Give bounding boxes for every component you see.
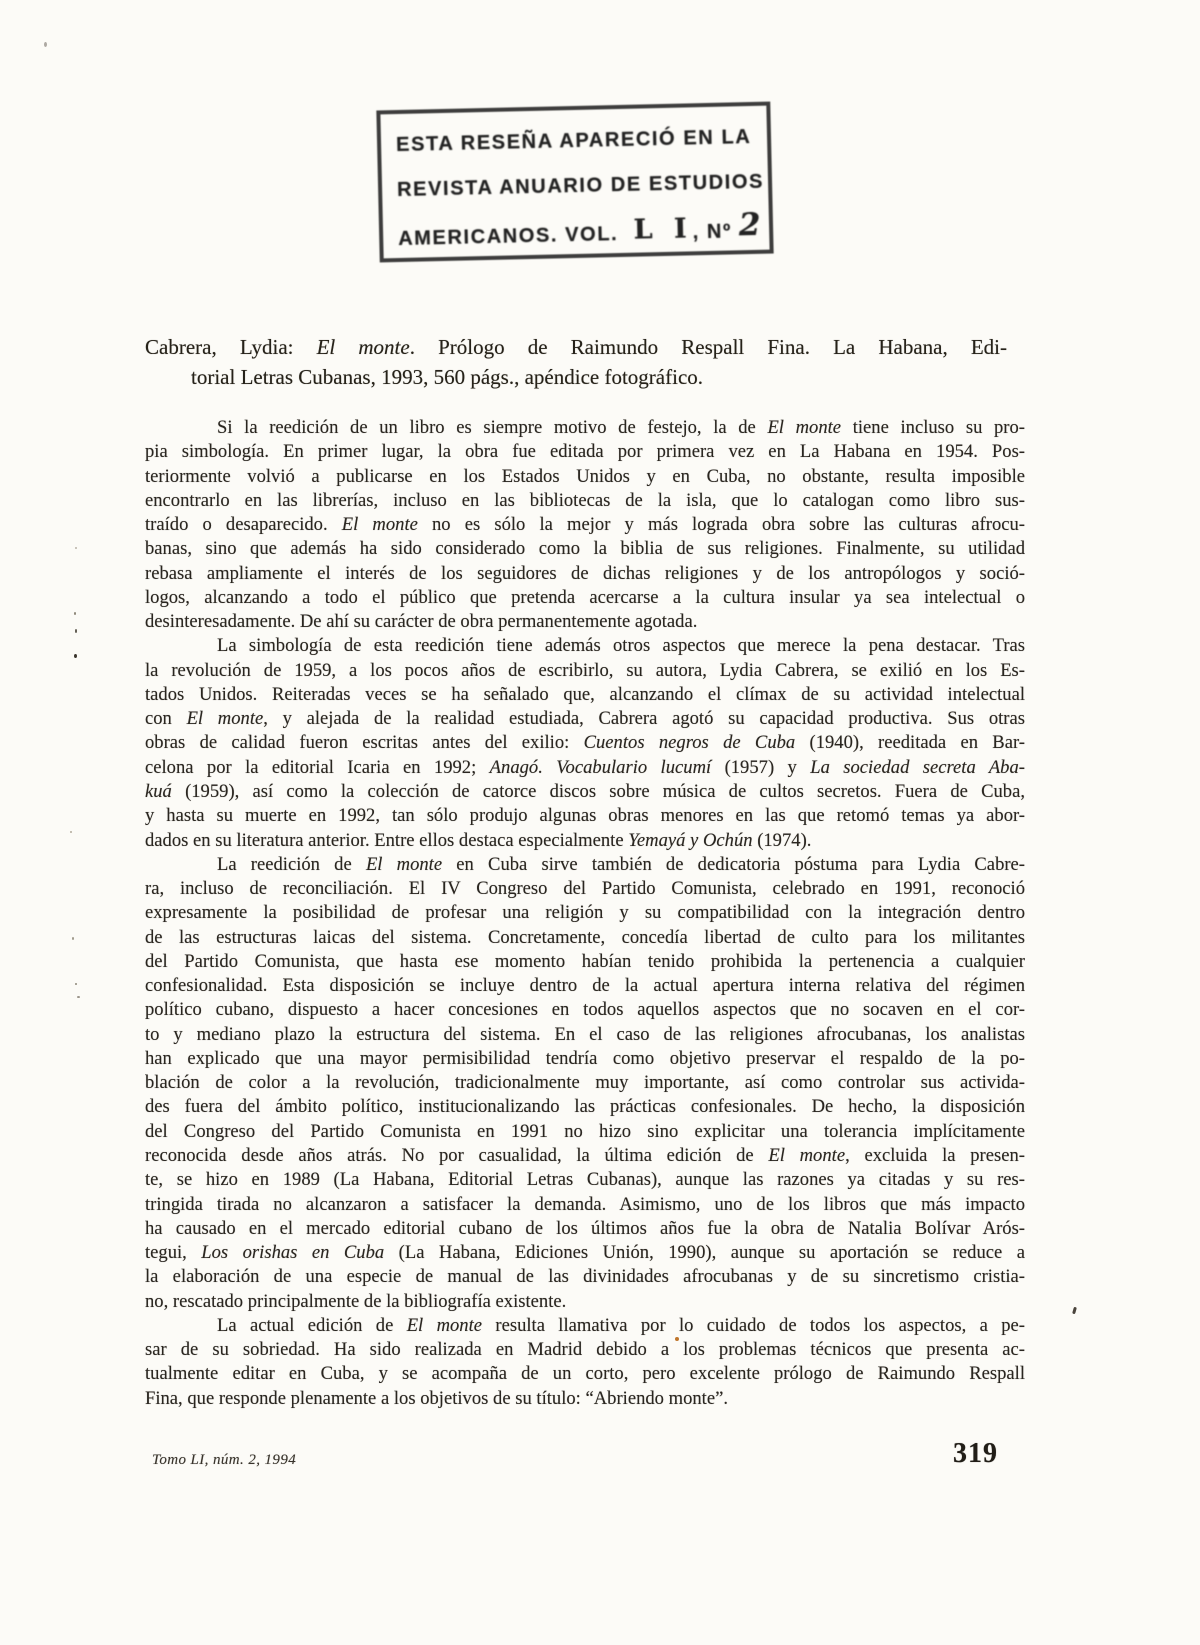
- text-line: blación de color a la revolución, tradic…: [145, 1071, 1025, 1095]
- text-segment: obras de calidad fueron escritas antes d…: [145, 732, 584, 753]
- text-segment: des fuera del ámbito político, instituci…: [145, 1096, 1025, 1117]
- text-line: de las estructuras laicas del sistema. C…: [145, 926, 1025, 950]
- text-segment: La reedición de: [217, 854, 366, 875]
- library-stamp: ESTA RESEÑA APARECIÓ EN LA REVISTA ANUAR…: [376, 102, 773, 263]
- text-line: sar de su sobriedad. Ha sido realizada e…: [145, 1338, 1025, 1362]
- italic-title: El monte: [768, 1145, 845, 1166]
- text-segment: tualmente editar en Cuba, y se acompaña …: [145, 1363, 1025, 1384]
- text-segment: político cubano, dispuesto a hacer conce…: [145, 999, 1025, 1020]
- text-segment: (La Habana, Ediciones Unión, 1990), aunq…: [384, 1242, 1025, 1263]
- italic-title: Cuentos negros de Cuba: [584, 732, 796, 753]
- text-line: Fina, que responde plenamente a los obje…: [145, 1387, 1025, 1411]
- text-segment: Si la reedición de un libro es siempre m…: [217, 417, 767, 438]
- text-segment: teriormente volvió a publicarse en los E…: [145, 466, 1025, 487]
- text-segment: La simbología de esta reedición tiene ad…: [217, 635, 1025, 656]
- text-line: no, rescatado principalmente de la bibli…: [145, 1290, 1025, 1314]
- text-segment: Fina, que responde plenamente a los obje…: [145, 1388, 728, 1409]
- stamp-line: AMERICANOS. VOL. L I, Nº 2: [398, 205, 770, 258]
- citation-heading: Cabrera, Lydia: El monte. Prólogo de Rai…: [145, 333, 1007, 392]
- text-line: y hasta su muerte en 1992, tan sólo prod…: [145, 804, 1025, 828]
- text-segment: traído o desaparecido.: [145, 514, 342, 535]
- text-line: la revolución de 1959, a los pocos años …: [145, 659, 1025, 683]
- text-line: dados en su literatura anterior. Entre e…: [145, 829, 1025, 853]
- scan-speck: [75, 983, 77, 985]
- text-segment: confesionalidad. Esta disposición se inc…: [145, 975, 1025, 996]
- text-segment: (1940), reeditada en Bar-: [795, 732, 1025, 753]
- text-line: confesionalidad. Esta disposición se inc…: [145, 974, 1025, 998]
- scanned-review-page: ESTA RESEÑA APARECIÓ EN LA REVISTA ANUAR…: [0, 0, 1200, 1645]
- scan-speck: [75, 547, 77, 549]
- text-segment: to y mediano plazo la estructura del sis…: [145, 1024, 1025, 1045]
- text-line: La reedición de El monte en Cuba sirve t…: [145, 853, 1025, 877]
- italic-title: El monte: [767, 417, 841, 438]
- text-segment: sar de su sobriedad. Ha sido realizada e…: [145, 1339, 1025, 1360]
- text-line: ha causado en el mercado editorial cuban…: [145, 1217, 1025, 1241]
- text-segment: (1959), así como la colección de catorce…: [172, 781, 1025, 802]
- text-segment: dados en su literatura anterior. Entre e…: [145, 830, 628, 851]
- text-line: han explicado que una mayor permisibilid…: [145, 1047, 1025, 1071]
- paragraph: La actual edición de El monte resulta ll…: [145, 1314, 1025, 1411]
- stray-mark: [1072, 1307, 1077, 1315]
- scan-speck: [70, 831, 72, 833]
- review-body: Si la reedición de un libro es siempre m…: [145, 416, 1025, 1411]
- text-segment: logos, alcanzando a todo el público que …: [145, 587, 1025, 608]
- paragraph: Si la reedición de un libro es siempre m…: [145, 416, 1025, 634]
- text-line: la elaboración de una especie de manual …: [145, 1265, 1025, 1289]
- text-segment: L I: [618, 213, 693, 246]
- paragraph: La reedición de El monte en Cuba sirve t…: [145, 853, 1025, 1314]
- citation-line: torial Letras Cubanas, 1993, 560 págs., …: [145, 363, 1007, 393]
- text-line: La actual edición de El monte resulta ll…: [145, 1314, 1025, 1338]
- text-segment: banas, sino que además ha sido considera…: [145, 538, 1025, 559]
- italic-title: kuá: [145, 781, 172, 802]
- text-segment: la elaboración de una especie de manual …: [145, 1266, 1025, 1287]
- text-line: banas, sino que además ha sido considera…: [145, 537, 1025, 561]
- text-line: traído o desaparecido. El monte no es só…: [145, 513, 1025, 537]
- text-line: logos, alcanzando a todo el público que …: [145, 586, 1025, 610]
- text-line: tualmente editar en Cuba, y se acompaña …: [145, 1362, 1025, 1386]
- text-segment: la revolución de 1959, a los pocos años …: [145, 660, 1025, 681]
- text-line: ra, incluso de reconciliación. El IV Con…: [145, 877, 1025, 901]
- text-segment: 2: [739, 207, 763, 244]
- italic-title: El monte: [187, 708, 264, 729]
- text-segment: con: [145, 708, 187, 729]
- text-line: des fuera del ámbito político, instituci…: [145, 1095, 1025, 1119]
- italic-title: El monte: [366, 854, 442, 875]
- paragraph: La simbología de esta reedición tiene ad…: [145, 634, 1025, 852]
- text-line: político cubano, dispuesto a hacer conce…: [145, 998, 1025, 1022]
- text-line: reconocida desde años atrás. No por casu…: [145, 1144, 1025, 1168]
- text-line: celona por la editorial Icaria en 1992; …: [145, 756, 1025, 780]
- text-line: to y mediano plazo la estructura del sis…: [145, 1023, 1025, 1047]
- text-line: encontrarlo en las librerías, incluso en…: [145, 489, 1025, 513]
- text-segment: ra, incluso de reconciliación. El IV Con…: [145, 878, 1025, 899]
- text-segment: torial Letras Cubanas, 1993, 560 págs., …: [191, 365, 703, 389]
- text-segment: te, se hizo en 1989 (La Habana, Editoria…: [145, 1169, 1025, 1190]
- text-segment: La actual edición de: [217, 1315, 407, 1336]
- text-segment: , y alejada de la realidad estudiada, Ca…: [263, 708, 1025, 729]
- text-segment: tiene incluso su pro-: [841, 417, 1025, 438]
- text-line: tados Unidos. Reiteradas veces se ha señ…: [145, 683, 1025, 707]
- scan-speck: [77, 996, 80, 998]
- text-segment: han explicado que una mayor permisibilid…: [145, 1048, 1025, 1069]
- italic-title: La sociedad secreta Aba-: [810, 757, 1025, 778]
- text-line: te, se hizo en 1989 (La Habana, Editoria…: [145, 1168, 1025, 1192]
- text-segment: celona por la editorial Icaria en 1992;: [145, 757, 490, 778]
- text-segment: no, rescatado principalmente de la bibli…: [145, 1291, 566, 1312]
- text-segment: de las estructuras laicas del sistema. C…: [145, 927, 1025, 948]
- scan-speck: [72, 937, 74, 940]
- citation-line: Cabrera, Lydia: El monte. Prólogo de Rai…: [145, 333, 1007, 363]
- text-line: La simbología de esta reedición tiene ad…: [145, 634, 1025, 658]
- text-segment: y hasta su muerte en 1992, tan sólo prod…: [145, 805, 1025, 826]
- text-line: teriormente volvió a publicarse en los E…: [145, 465, 1025, 489]
- text-segment: tados Unidos. Reiteradas veces se ha señ…: [145, 684, 1025, 705]
- text-segment: , Nº: [692, 220, 739, 243]
- italic-title: El monte: [407, 1315, 482, 1336]
- text-line: desinteresadamente. De ahí su carácter d…: [145, 610, 1025, 634]
- text-segment: reconocida desde años atrás. No por casu…: [145, 1145, 768, 1166]
- text-segment: (1957) y: [711, 757, 810, 778]
- text-segment: del Congreso del Partido Comunista en 19…: [145, 1121, 1025, 1142]
- text-segment: tegui,: [145, 1242, 201, 1263]
- ink-dot: [675, 1337, 679, 1341]
- text-segment: tringida tirada no alcanzaron a satisfac…: [145, 1194, 1025, 1215]
- text-segment: rebasa ampliamente el interés de los seg…: [145, 563, 1025, 584]
- text-segment: . Prólogo de Raimundo Respall Fina. La H…: [410, 335, 1007, 359]
- text-segment: del Partido Comunista, que hasta ese mom…: [145, 951, 1025, 972]
- text-segment: no es sólo la mejor y más lograda obra s…: [418, 514, 1025, 535]
- text-line: obras de calidad fueron escritas antes d…: [145, 731, 1025, 755]
- italic-title: El monte: [317, 335, 410, 359]
- scan-speck: [75, 629, 77, 633]
- italic-title: El monte: [342, 514, 418, 535]
- scan-speck: [74, 654, 77, 658]
- italic-title: Anagó. Vocabulario lucumí: [490, 757, 712, 778]
- text-segment: encontrarlo en las librerías, incluso en…: [145, 490, 1025, 511]
- text-segment: en Cuba sirve también de dedicatoria pós…: [442, 854, 1025, 875]
- journal-volume-note: Tomo LI, núm. 2, 1994: [152, 1452, 296, 1469]
- text-line: del Partido Comunista, que hasta ese mom…: [145, 950, 1025, 974]
- text-segment: Cabrera, Lydia:: [145, 335, 317, 359]
- text-line: pia simbología. En primer lugar, la obra…: [145, 440, 1025, 464]
- text-segment: ha causado en el mercado editorial cuban…: [145, 1218, 1025, 1239]
- text-line: del Congreso del Partido Comunista en 19…: [145, 1120, 1025, 1144]
- text-segment: desinteresadamente. De ahí su carácter d…: [145, 611, 697, 632]
- text-segment: AMERICANOS. VOL.: [398, 223, 619, 250]
- text-line: tegui, Los orishas en Cuba (La Habana, E…: [145, 1241, 1025, 1265]
- text-segment: , excluida la presen-: [845, 1145, 1025, 1166]
- scan-speck: [44, 42, 47, 47]
- text-line: tringida tirada no alcanzaron a satisfac…: [145, 1193, 1025, 1217]
- text-line: con El monte, y alejada de la realidad e…: [145, 707, 1025, 731]
- text-segment: expresamente la posibilidad de profesar …: [145, 902, 1025, 923]
- italic-title: Yemayá y Ochún: [628, 830, 752, 851]
- text-line: expresamente la posibilidad de profesar …: [145, 901, 1025, 925]
- page-number: 319: [953, 1438, 998, 1470]
- text-line: kuá (1959), así como la colección de cat…: [145, 780, 1025, 804]
- text-segment: (1974).: [753, 830, 812, 851]
- text-segment: resulta llamativa por lo cuidado de todo…: [482, 1315, 1025, 1336]
- italic-title: Los orishas en Cuba: [201, 1242, 384, 1263]
- text-line: rebasa ampliamente el interés de los seg…: [145, 562, 1025, 586]
- scan-speck: [74, 612, 76, 615]
- text-line: Si la reedición de un libro es siempre m…: [145, 416, 1025, 440]
- text-segment: pia simbología. En primer lugar, la obra…: [145, 441, 1025, 462]
- text-segment: blación de color a la revolución, tradic…: [145, 1072, 1025, 1093]
